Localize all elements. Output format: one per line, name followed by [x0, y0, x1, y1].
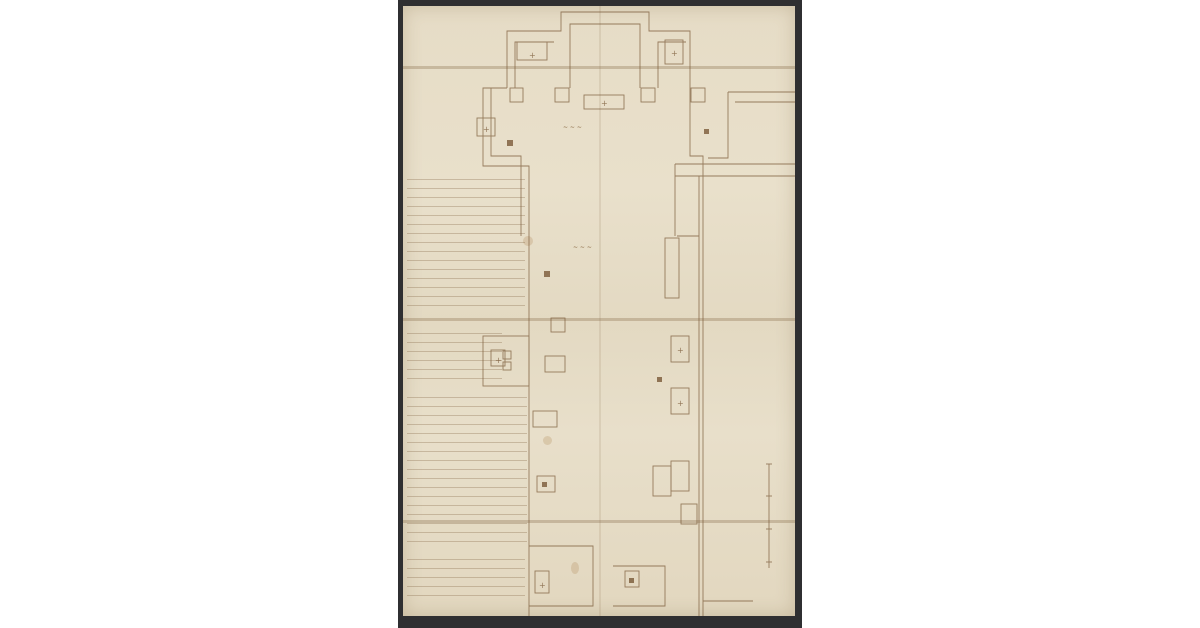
svg-text:+: +: [483, 125, 490, 134]
margin-notes-block-1: [407, 174, 525, 314]
margin-notes-block-4: [407, 554, 525, 604]
manuscript-sheet: + + + + + + + + ~ ~ ~ ~ ~ ~: [403, 6, 795, 616]
margin-notes-block-2: [407, 328, 502, 386]
margin-notes-block-3: [407, 392, 527, 542]
plan-label-upper-room: ~ ~ ~: [563, 124, 582, 131]
svg-text:+: +: [677, 346, 684, 355]
svg-text:+: +: [539, 581, 546, 590]
plan-label-central-room: ~ ~ ~: [573, 244, 592, 251]
svg-text:+: +: [671, 49, 678, 58]
svg-text:+: +: [677, 399, 684, 408]
svg-text:+: +: [601, 99, 608, 108]
svg-text:+: +: [529, 51, 536, 60]
